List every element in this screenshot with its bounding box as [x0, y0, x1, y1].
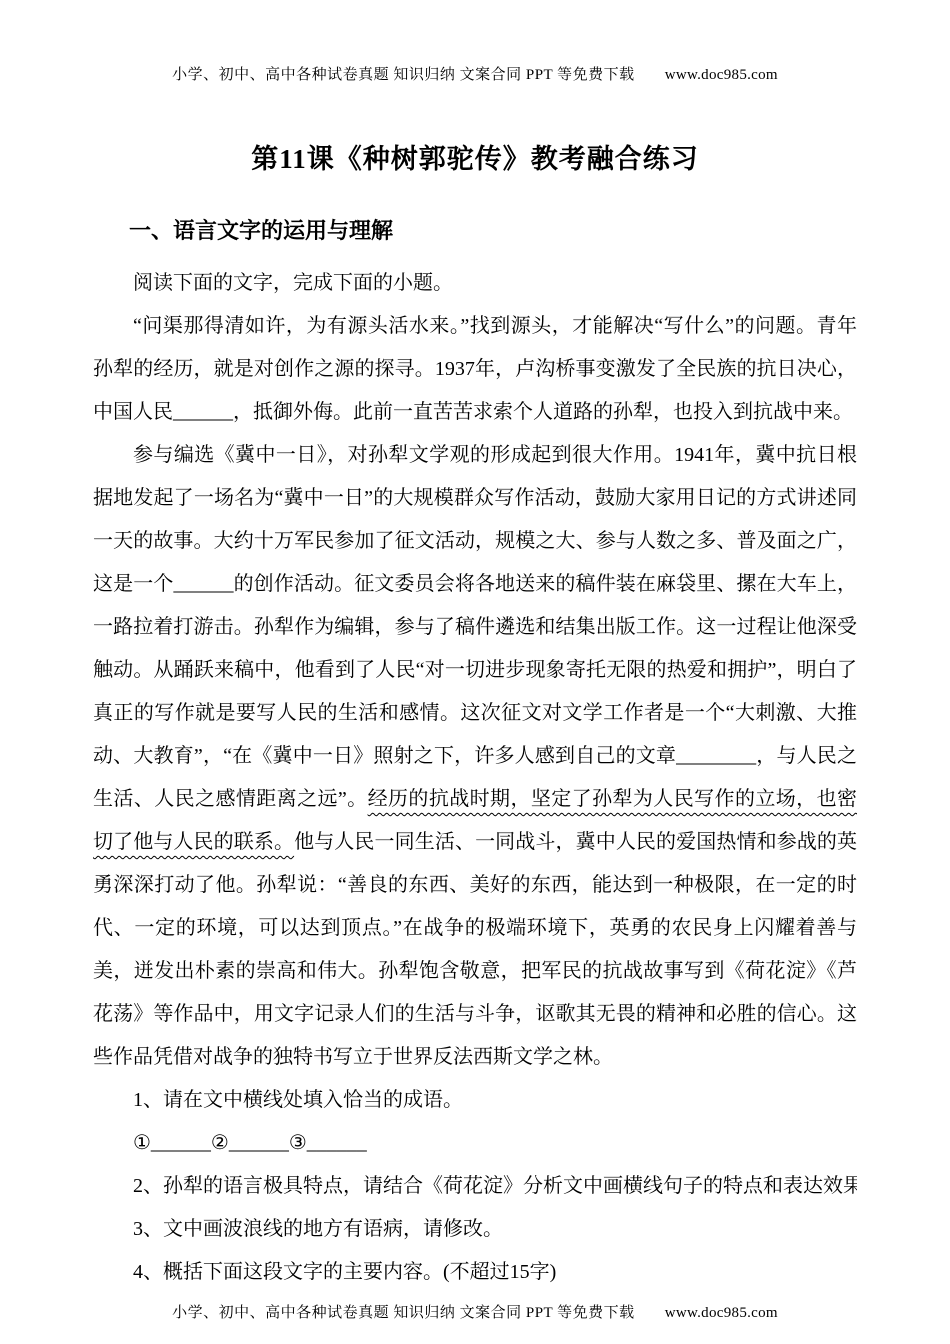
- paragraph-2-after: 他与人民一同生活、一同战斗，冀中人民的爱国热情和参战的英勇深深打动了他。孙犁说：…: [93, 831, 857, 1068]
- section-heading: 一、语言文字的运用与理解: [129, 216, 857, 246]
- doc-title: 第11课《种树郭驼传》教考融合练习: [93, 140, 857, 178]
- passage-intro: 阅读下面的文字，完成下面的小题。: [93, 262, 857, 305]
- passage-paragraph-2: 参与编选《冀中一日》，对孙犁文学观的形成起到很大作用。1941年，冀中抗日根据地…: [93, 434, 857, 1079]
- question-3: 3、文中画波浪线的地方有语病，请修改。: [93, 1208, 857, 1251]
- question-4: 4、概括下面这段文字的主要内容。(不超过15字): [93, 1251, 857, 1294]
- header-site-url: www.doc985.com: [665, 67, 778, 83]
- footer-site-url: www.doc985.com: [665, 1305, 778, 1321]
- footer-text: 小学、初中、高中各种试卷真题 知识归纳 文案合同 PPT 等免费下载: [172, 1305, 635, 1321]
- question-1: 1、请在文中横线处填入恰当的成语。: [93, 1079, 857, 1122]
- page-footer: 小学、初中、高中各种试卷真题 知识归纳 文案合同 PPT 等免费下载www.do…: [93, 1302, 857, 1324]
- passage-paragraph-1: “问渠那得清如许，为有源头活水来。”找到源头，才能解决“写什么”的问题。青年孙犁…: [93, 305, 857, 434]
- reading-passage: 阅读下面的文字，完成下面的小题。 “问渠那得清如许，为有源头活水来。”找到源头，…: [93, 262, 857, 1079]
- paragraph-2-before: 参与编选《冀中一日》，对孙犁文学观的形成起到很大作用。1941年，冀中抗日根据地…: [93, 444, 857, 810]
- header-text: 小学、初中、高中各种试卷真题 知识归纳 文案合同 PPT 等免费下载: [172, 67, 635, 83]
- question-2: 2、孙犁的语言极具特点，请结合《荷花淀》分析文中画横线句子的特点和表达效果。: [93, 1165, 857, 1208]
- question-list: 1、请在文中横线处填入恰当的成语。 ①______②______③______ …: [93, 1079, 857, 1294]
- page-header: 小学、初中、高中各种试卷真题 知识归纳 文案合同 PPT 等免费下载www.do…: [93, 64, 857, 86]
- question-1-answer-blanks: ①______②______③______: [93, 1122, 857, 1165]
- document-page: 小学、初中、高中各种试卷真题 知识归纳 文案合同 PPT 等免费下载www.do…: [0, 0, 950, 1344]
